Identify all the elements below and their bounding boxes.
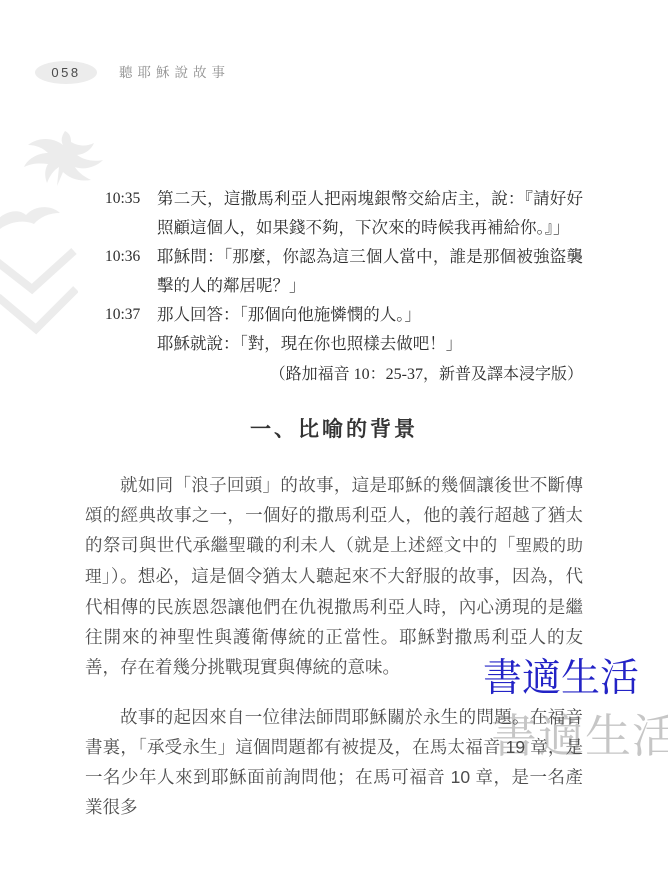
verse-rows: 10:35第二天，這撒馬利亞人把兩塊銀幣交給店主，說：『請好好照顧這個人，如果錢… bbox=[105, 184, 583, 358]
scripture-block: 10:35第二天，這撒馬利亞人把兩塊銀幣交給店主，說：『請好好照顧這個人，如果錢… bbox=[105, 184, 583, 389]
bird-watermark bbox=[0, 207, 60, 234]
verse-row: 耶穌就說：「對，現在你也照樣去做吧！」 bbox=[105, 329, 583, 358]
bird-and-open-book-watermark bbox=[0, 203, 78, 343]
verse-number: 10:36 bbox=[105, 242, 157, 300]
book-title: 聽耶穌說故事 bbox=[119, 61, 230, 84]
verse-text: 第二天，這撒馬利亞人把兩塊銀幣交給店主，說：『請好好照顧這個人，如果錢不夠，下次… bbox=[157, 184, 583, 242]
verse-number bbox=[105, 329, 157, 358]
verse-row: 10:35第二天，這撒馬利亞人把兩塊銀幣交給店主，說：『請好好照顧這個人，如果錢… bbox=[105, 184, 583, 242]
body-paragraph: 故事的起因來自一位律法師問耶穌關於永生的問題。在福音書裏，「承受永生」這個問題都… bbox=[85, 702, 583, 822]
page-header: 058 聽耶穌說故事 bbox=[35, 61, 230, 84]
body-text-segment: 就如同「浪子回頭」的故事，這是耶穌的幾個讓後世不斷傳頌的經典故事之一，一個好的撒… bbox=[85, 475, 583, 555]
body-paragraph: 就如同「浪子回頭」的故事，這是耶穌的幾個讓後世不斷傳頌的經典故事之一，一個好的撒… bbox=[85, 470, 583, 682]
scripture-citation: （路加福音 10：25-37，新普及譯本浸字版） bbox=[105, 360, 583, 389]
verse-text: 那人回答：「那個向他施憐憫的人。」 bbox=[157, 300, 583, 329]
verse-row: 10:37那人回答：「那個向他施憐憫的人。」 bbox=[105, 300, 583, 329]
verse-number: 10:37 bbox=[105, 300, 157, 329]
verse-text: 耶穌問：「那麼，你認為這三個人當中，誰是那個被強盜襲擊的人的鄰居呢？」 bbox=[157, 242, 583, 300]
verse-number: 10:35 bbox=[105, 184, 157, 242]
page-number: 058 bbox=[51, 65, 80, 80]
book-page: 058 聽耶穌說故事 10:35第二天，這撒馬利亞人把兩塊銀幣交給店主，說：『請… bbox=[0, 0, 668, 896]
page-number-badge: 058 bbox=[35, 61, 97, 84]
body-text-segment: 」）。想必，這是個令猶太人聽起來不大舒服的故事，因為，代代相傳的民族恩怨讓他們在… bbox=[85, 566, 583, 677]
eagle-watermark bbox=[20, 128, 112, 192]
verse-row: 10:36耶穌問：「那麼，你認為這三個人當中，誰是那個被強盜襲擊的人的鄰居呢？」 bbox=[105, 242, 583, 300]
open-book-watermark bbox=[0, 289, 76, 329]
body-text-segment: 故事的起因來自一位律法師問耶穌關於永生的問題。在福音書裏，「承受永生」這個問題都… bbox=[85, 707, 583, 817]
body-text-block: 就如同「浪子回頭」的故事，這是耶穌的幾個讓後世不斷傳頌的經典故事之一，一個好的撒… bbox=[85, 470, 583, 842]
verse-text: 耶穌就說：「對，現在你也照樣去做吧！」 bbox=[157, 329, 583, 358]
open-book-watermark bbox=[0, 251, 74, 289]
section-heading: 一、比喻的背景 bbox=[0, 413, 668, 443]
